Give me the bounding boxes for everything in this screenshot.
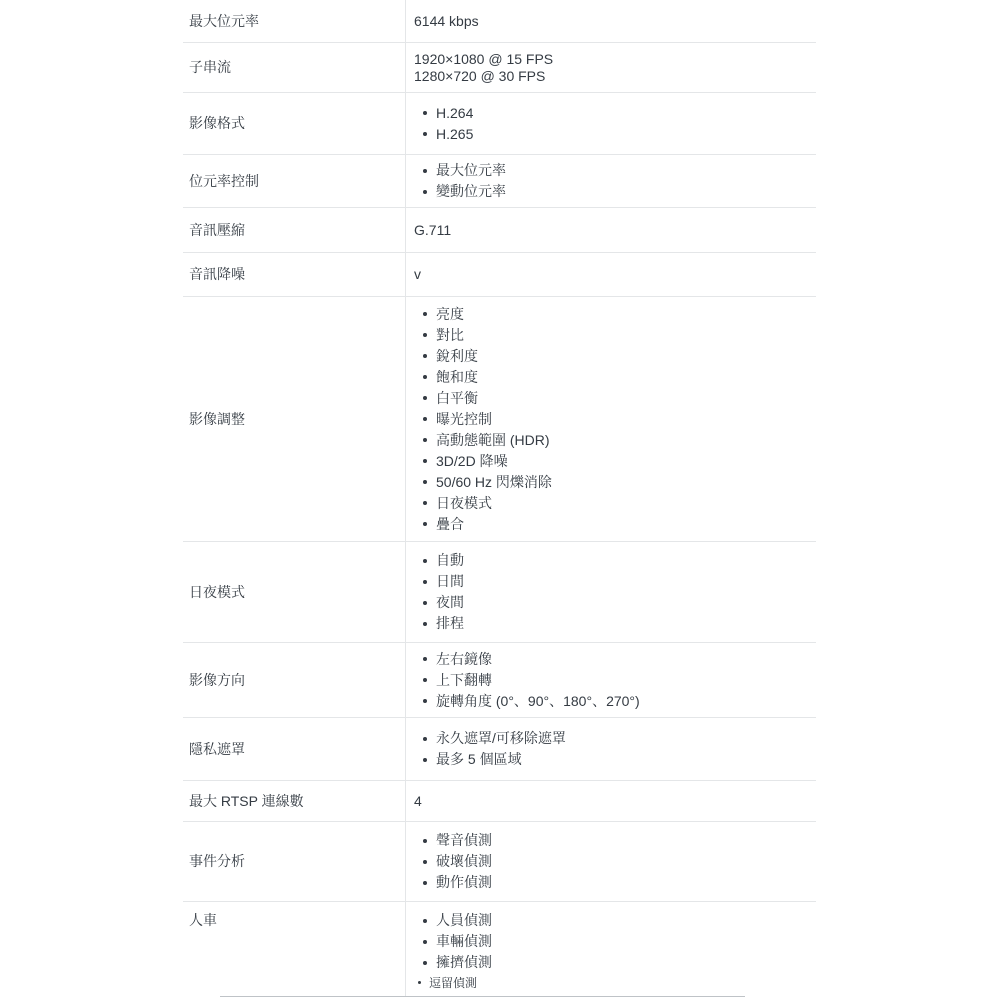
- spec-list-item: 變動位元率: [414, 181, 816, 202]
- table-row: 人車人員偵測車輛偵測擁擠偵測逗留偵測: [183, 902, 816, 997]
- table-row: 位元率控制最大位元率變動位元率: [183, 155, 816, 208]
- spec-value-list: 永久遮罩/可移除遮罩最多 5 個區域: [414, 728, 816, 770]
- spec-list-item-scaled: 逗留偵測: [414, 973, 816, 993]
- spec-list-item: 亮度: [414, 304, 816, 325]
- table-row: 最大 RTSP 連線數4: [183, 781, 816, 822]
- table-row: 音訊降噪v: [183, 253, 816, 297]
- spec-value-list: 自動日間夜間排程: [414, 550, 816, 634]
- spec-value-line: 6144 kbps: [414, 13, 816, 30]
- table-row: 隱私遮罩永久遮罩/可移除遮罩最多 5 個區域: [183, 718, 816, 781]
- spec-list-item: 最多 5 個區域: [414, 749, 816, 770]
- spec-value: 自動日間夜間排程: [405, 542, 816, 642]
- spec-label: 位元率控制: [183, 155, 405, 207]
- spec-value-list: 聲音偵測破壞偵測動作偵測: [414, 830, 816, 893]
- spec-value: 6144 kbps: [405, 0, 816, 42]
- spec-value-list: H.264H.265: [414, 103, 816, 145]
- spec-list-item: 夜間: [414, 592, 816, 613]
- table-row: 事件分析聲音偵測破壞偵測動作偵測: [183, 822, 816, 902]
- table-row: 日夜模式自動日間夜間排程: [183, 542, 816, 643]
- spec-list-item: 擁擠偵測: [414, 952, 816, 973]
- spec-value: 1920×1080 @ 15 FPS1280×720 @ 30 FPS: [405, 43, 816, 92]
- spec-label: 日夜模式: [183, 542, 405, 642]
- spec-label: 音訊壓縮: [183, 208, 405, 252]
- spec-value: 人員偵測車輛偵測擁擠偵測逗留偵測: [405, 902, 816, 997]
- spec-list-item: 聲音偵測: [414, 830, 816, 851]
- spec-value-line: 1280×720 @ 30 FPS: [414, 68, 816, 85]
- spec-list-item: 人員偵測: [414, 910, 816, 931]
- spec-list-item: 日夜模式: [414, 493, 816, 514]
- spec-value: 最大位元率變動位元率: [405, 155, 816, 207]
- spec-list-item: H.265: [414, 124, 816, 145]
- spec-value: H.264H.265: [405, 93, 816, 154]
- spec-list-item: 永久遮罩/可移除遮罩: [414, 728, 816, 749]
- spec-list-item: H.264: [414, 103, 816, 124]
- spec-label: 子串流: [183, 43, 405, 92]
- spec-list-item: 3D/2D 降噪: [414, 451, 816, 472]
- spec-page: 最大位元率6144 kbps子串流1920×1080 @ 15 FPS1280×…: [0, 0, 1000, 1000]
- spec-list-item: 旋轉角度 (0°、90°、180°、270°): [414, 691, 816, 712]
- table-row: 子串流1920×1080 @ 15 FPS1280×720 @ 30 FPS: [183, 43, 816, 93]
- spec-value-line: 4: [414, 793, 816, 810]
- spec-list-item: 動作偵測: [414, 872, 816, 893]
- spec-list-item: 日間: [414, 571, 816, 592]
- table-row: 音訊壓縮G.711: [183, 208, 816, 253]
- spec-list-item: 自動: [414, 550, 816, 571]
- spec-list-item: 50/60 Hz 閃爍消除: [414, 472, 816, 493]
- scaled-table-edge-line: [220, 996, 745, 997]
- spec-label: 影像調整: [183, 297, 405, 541]
- spec-value-list: 左右鏡像上下翻轉旋轉角度 (0°、90°、180°、270°): [414, 649, 816, 712]
- spec-value: 左右鏡像上下翻轉旋轉角度 (0°、90°、180°、270°): [405, 643, 816, 717]
- spec-value: G.711: [405, 208, 816, 252]
- spec-label: 影像方向: [183, 643, 405, 717]
- spec-label: 隱私遮罩: [183, 718, 405, 780]
- spec-label: 事件分析: [183, 822, 405, 901]
- spec-list-item: 最大位元率: [414, 160, 816, 181]
- spec-list-item: 飽和度: [414, 367, 816, 388]
- table-row: 最大位元率6144 kbps: [183, 0, 816, 43]
- spec-list-item: 排程: [414, 613, 816, 634]
- spec-value-line: 1920×1080 @ 15 FPS: [414, 51, 816, 68]
- table-row: 影像方向左右鏡像上下翻轉旋轉角度 (0°、90°、180°、270°): [183, 643, 816, 718]
- spec-value: v: [405, 253, 816, 296]
- spec-label: 人車: [183, 902, 405, 997]
- spec-list-item: 左右鏡像: [414, 649, 816, 670]
- spec-table: 最大位元率6144 kbps子串流1920×1080 @ 15 FPS1280×…: [183, 0, 816, 997]
- spec-list-item: 疊合: [414, 514, 816, 535]
- spec-list-item: 高動態範圍 (HDR): [414, 430, 816, 451]
- spec-list-item: 銳利度: [414, 346, 816, 367]
- spec-label: 影像格式: [183, 93, 405, 154]
- spec-value: 亮度對比銳利度飽和度白平衡曝光控制高動態範圍 (HDR)3D/2D 降噪50/6…: [405, 297, 816, 541]
- spec-value-list: 人員偵測車輛偵測擁擠偵測逗留偵測: [414, 910, 816, 993]
- spec-list-item: 對比: [414, 325, 816, 346]
- spec-list-item: 上下翻轉: [414, 670, 816, 691]
- spec-value: 永久遮罩/可移除遮罩最多 5 個區域: [405, 718, 816, 780]
- spec-list-item: 曝光控制: [414, 409, 816, 430]
- spec-list-item: 車輛偵測: [414, 931, 816, 952]
- spec-list-item: 白平衡: [414, 388, 816, 409]
- spec-label: 音訊降噪: [183, 253, 405, 296]
- spec-list-item: 破壞偵測: [414, 851, 816, 872]
- table-row: 影像調整亮度對比銳利度飽和度白平衡曝光控制高動態範圍 (HDR)3D/2D 降噪…: [183, 297, 816, 542]
- spec-value-list: 亮度對比銳利度飽和度白平衡曝光控制高動態範圍 (HDR)3D/2D 降噪50/6…: [414, 304, 816, 535]
- spec-label: 最大 RTSP 連線數: [183, 781, 405, 821]
- table-row: 影像格式H.264H.265: [183, 93, 816, 155]
- spec-value: 聲音偵測破壞偵測動作偵測: [405, 822, 816, 901]
- spec-value: 4: [405, 781, 816, 821]
- spec-value-line: v: [414, 266, 816, 283]
- spec-value-line: G.711: [414, 222, 816, 239]
- spec-label: 最大位元率: [183, 0, 405, 42]
- spec-value-list: 最大位元率變動位元率: [414, 160, 816, 202]
